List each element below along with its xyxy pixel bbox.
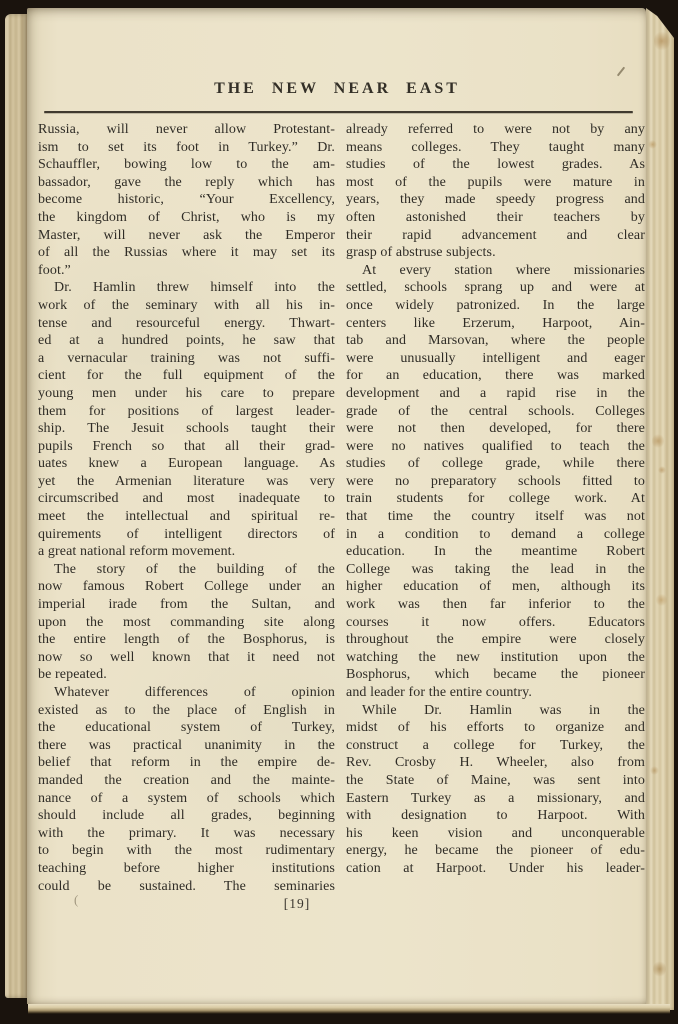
foxing-spot xyxy=(652,433,664,449)
right-page-stack xyxy=(646,8,674,1010)
text-line: were no preparatory schools fitted to xyxy=(346,473,645,491)
foxing-spot xyxy=(658,466,666,474)
text-line: be repeated. xyxy=(38,666,335,684)
text-line: could be sustained. The seminaries xyxy=(38,878,335,896)
text-line: The story of the building of the xyxy=(38,561,335,579)
text-line: centers like Erzerum, Harpoot, Ain- xyxy=(346,315,645,333)
foxing-spot xyxy=(654,30,670,52)
text-line: train students for college work. At xyxy=(346,490,645,508)
text-line: At every station where missionaries xyxy=(346,262,645,280)
text-line: and leader for the entire country. xyxy=(346,684,645,702)
foxing-spot xyxy=(656,593,667,607)
text-line: the educational system of Turkey, xyxy=(38,719,335,737)
text-line: a vernacular training was not suffi- xyxy=(38,350,335,368)
text-line: studies of the lowest grades. As xyxy=(346,156,645,174)
text-line: that time the country itself was not xyxy=(346,508,645,526)
text-line: meet the intellectual and spiritual re- xyxy=(38,508,335,526)
text-line: While Dr. Hamlin was in the xyxy=(346,702,645,720)
text-line: settled, schools sprang up and were at xyxy=(346,279,645,297)
text-line: College was taking the lead in the xyxy=(346,561,645,579)
text-line: with designation to Harpoot. With xyxy=(346,807,645,825)
text-line: midst of his efforts to organize and xyxy=(346,719,645,737)
text-line: of all the Russias where it may set its xyxy=(38,244,335,262)
text-line: Whatever differences of opinion xyxy=(38,684,335,702)
text-line: ship. The Jesuit schools taught their xyxy=(38,420,335,438)
text-line: his keen vision and unconquerable xyxy=(346,825,645,843)
text-line: quirements of intelligent directors of xyxy=(38,526,335,544)
text-line: throughout the empire were closely xyxy=(346,631,645,649)
text-line: their rapid advancement and clear xyxy=(346,227,645,245)
text-line: education. In the meantime Robert xyxy=(346,543,645,561)
text-line: tab and Marsovan, where the people xyxy=(346,332,645,350)
left-page-stack xyxy=(5,14,28,998)
text-line: manded the creation and the mainte- xyxy=(38,772,335,790)
text-line: should include all grades, beginning xyxy=(38,807,335,825)
text-line: tense and resourceful energy. Thwart- xyxy=(38,315,335,333)
text-line: now so well known that it need not xyxy=(38,649,335,667)
text-line: them for positions of largest leader- xyxy=(38,403,335,421)
text-line: often astonished their teachers by xyxy=(346,209,645,227)
text-line: once widely patronized. In the large xyxy=(346,297,645,315)
text-line: the kingdom of Christ, who is my xyxy=(38,209,335,227)
book-scan: THE NEW NEAR EAST Russia, will never all… xyxy=(0,0,678,1024)
text-line: Eastern Turkey as a missionary, and xyxy=(346,790,645,808)
text-line: uates knew a European language. As xyxy=(38,455,335,473)
text-line: work was then far inferior to the xyxy=(346,596,645,614)
text-line: grade of the central schools. Colleges xyxy=(346,403,645,421)
text-line: nance of a system of schools which xyxy=(38,790,335,808)
book-page: THE NEW NEAR EAST Russia, will never all… xyxy=(27,8,646,1004)
foxing-spot xyxy=(653,960,666,978)
text-line: the State of Maine, was sent into xyxy=(346,772,645,790)
foxing-spot xyxy=(648,140,657,149)
text-line: courses it now offers. Educators xyxy=(346,614,645,632)
text-line: years, they made speedy progress and xyxy=(346,191,645,209)
text-column-left: Russia, will never allow Protestant-ism … xyxy=(38,121,335,895)
header-rule xyxy=(44,111,633,113)
text-line: ism to set its foot in Turkey.” Dr. xyxy=(38,139,335,157)
text-line: circumscribed and most inadequate to xyxy=(38,490,335,508)
text-line: existed as to the place of English in xyxy=(38,702,335,720)
text-line: pupils French so that all their grad- xyxy=(38,438,335,456)
text-line: work of the seminary with all his in- xyxy=(38,297,335,315)
text-line: imperial irade from the Sultan, and xyxy=(38,596,335,614)
text-line: energy, he became the pioneer of edu- xyxy=(346,842,645,860)
text-line: cient for the full equipment of the xyxy=(38,367,335,385)
text-line: Rev. Crosby H. Wheeler, also from xyxy=(346,754,645,772)
text-line: Master, will never ask the Emperor xyxy=(38,227,335,245)
text-line: a great national reform movement. xyxy=(38,543,335,561)
text-line: young men under his care to prepare xyxy=(38,385,335,403)
text-line: construct a college for Turkey, the xyxy=(346,737,645,755)
text-line: there was practical unanimity in the xyxy=(38,737,335,755)
text-line: already referred to were not by any xyxy=(346,121,645,139)
text-line: bassador, gave the reply which has xyxy=(38,174,335,192)
text-line: upon the most commanding site along xyxy=(38,614,335,632)
stray-pen-mark xyxy=(617,67,625,77)
text-line: watching the new institution upon the xyxy=(346,649,645,667)
text-line: grasp of abstruse subjects. xyxy=(346,244,645,262)
stray-ink-mark: ( xyxy=(74,892,78,908)
text-line: in a condition to demand a college xyxy=(346,526,645,544)
text-line: Russia, will never allow Protestant- xyxy=(38,121,335,139)
foxing-spot xyxy=(650,766,659,775)
text-line: become historic, “Your Excellency, xyxy=(38,191,335,209)
text-line: Dr. Hamlin threw himself into the xyxy=(38,279,335,297)
text-line: Schauffler, bowing low to the am- xyxy=(38,156,335,174)
text-line: Bosphorus, which became the pioneer xyxy=(346,666,645,684)
bottom-page-stack xyxy=(28,1004,670,1014)
text-line: teaching before higher institutions xyxy=(38,860,335,878)
text-line: most of the pupils were mature in xyxy=(346,174,645,192)
page-number: [19] xyxy=(237,896,357,912)
text-line: for an education, there was marked xyxy=(346,367,645,385)
text-line: ed at a hundred points, he saw that xyxy=(38,332,335,350)
text-line: foot.” xyxy=(38,262,335,280)
text-line: were not then developed, for there xyxy=(346,420,645,438)
text-line: development and a rapid rise in the xyxy=(346,385,645,403)
text-column-right: already referred to were not by anymeans… xyxy=(346,121,645,878)
text-line: yet the Armenian literature was very xyxy=(38,473,335,491)
text-line: cation at Harpoot. Under his leader- xyxy=(346,860,645,878)
text-line: with the primary. It was necessary xyxy=(38,825,335,843)
text-line: studies of college grade, while there xyxy=(346,455,645,473)
text-line: the entire length of the Bosphorus, is xyxy=(38,631,335,649)
text-line: to begin with the most rudimentary xyxy=(38,842,335,860)
text-line: now famous Robert College under an xyxy=(38,578,335,596)
running-header: THE NEW NEAR EAST xyxy=(37,80,637,98)
text-line: belief that reform in the empire de- xyxy=(38,754,335,772)
text-line: higher education of men, although its xyxy=(346,578,645,596)
text-line: were unusually intelligent and eager xyxy=(346,350,645,368)
text-line: means colleges. They taught many xyxy=(346,139,645,157)
text-line: were no natives qualified to teach the xyxy=(346,438,645,456)
